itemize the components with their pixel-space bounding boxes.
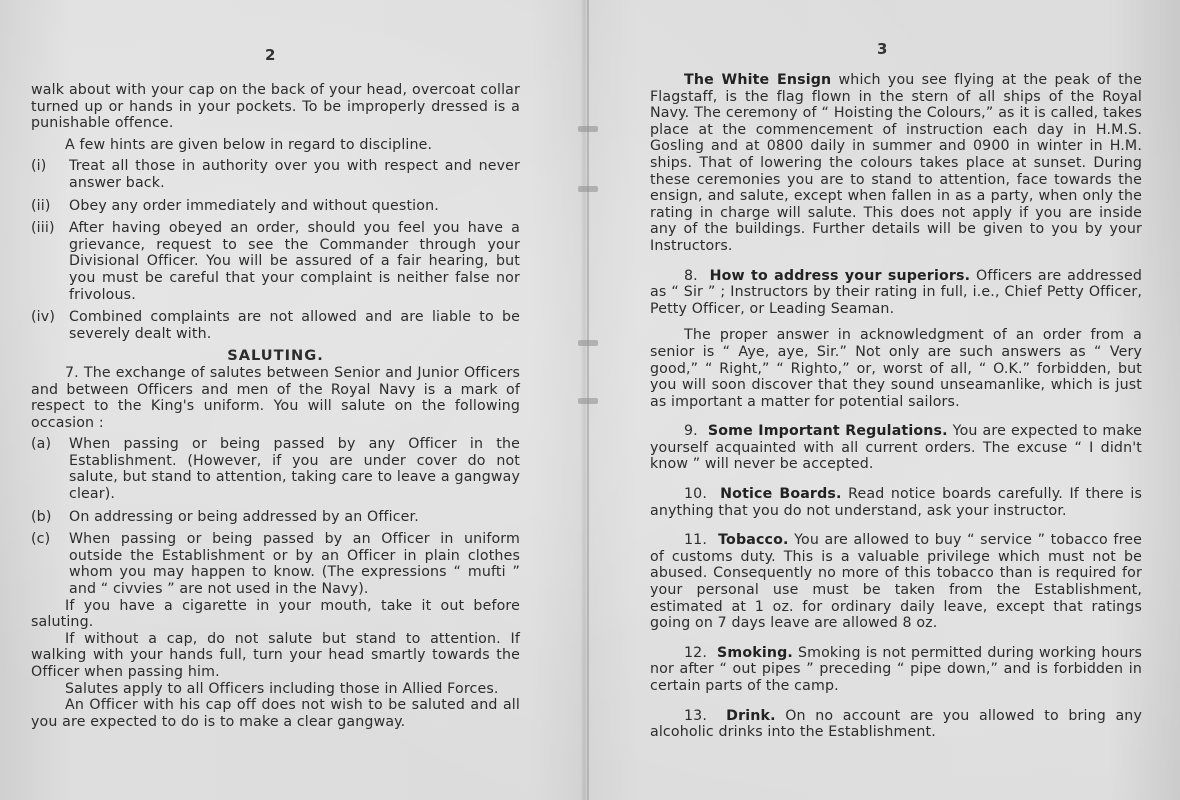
section-tobacco: 11. Tobacco. You are allowed to buy “ se… [650, 532, 1142, 632]
hint-item: (iii) After having obeyed an order, shou… [31, 220, 520, 303]
hint-number: (iv) [31, 309, 69, 342]
intro-paragraph: walk about with your cap on the back of … [31, 82, 520, 132]
section-body: The proper answer in acknowledgment of a… [650, 327, 1142, 409]
hint-item: (ii) Obey any order immediately and with… [31, 198, 520, 215]
hint-item: (i) Treat all those in authority over yo… [31, 158, 520, 191]
section-title: The White Ensign [684, 72, 831, 88]
section-number: 13. [684, 708, 707, 724]
section-smoking: 12. Smoking. Smoking is not permitted du… [650, 645, 1142, 695]
hint-item: (iv) Combined complaints are not allowed… [31, 309, 520, 342]
hint-number: (iii) [31, 220, 69, 303]
hint-text: After having obeyed an order, should you… [69, 220, 520, 303]
occasion-item: (c) When passing or being passed by an O… [31, 531, 520, 597]
section-address-superiors: 8. How to address your superiors. Office… [650, 268, 1142, 318]
section-notice-boards: 10. Notice Boards. Read notice boards ca… [650, 486, 1142, 519]
section-title: Notice Boards. [720, 486, 841, 502]
occasion-text: When passing or being passed by any Offi… [69, 436, 520, 502]
hint-number: (i) [31, 158, 69, 191]
occasion-letter: (b) [31, 509, 69, 526]
cap-off-paragraph: An Officer with his cap off does not wis… [31, 697, 520, 730]
section-regulations: 9. Some Important Regulations. You are e… [650, 423, 1142, 473]
hint-number: (ii) [31, 198, 69, 215]
section-drink: 13. Drink. On no account are you allowed… [650, 708, 1142, 741]
allied-paragraph: Salutes apply to all Officers including … [31, 681, 520, 698]
section-title: Drink. [726, 708, 775, 724]
section-title: How to address your superiors. [710, 268, 971, 284]
right-page-text: The White Ensign which you see flying at… [650, 72, 1142, 754]
occasion-item: (a) When passing or being passed by any … [31, 436, 520, 502]
section-body: which you see flying at the peak of the … [650, 72, 1142, 254]
hint-text: Treat all those in authority over you wi… [69, 158, 520, 191]
section-proper-answer: The proper answer in acknowledgment of a… [650, 327, 1142, 410]
section-white-ensign: The White Ensign which you see flying at… [650, 72, 1142, 255]
left-page-text: walk about with your cap on the back of … [31, 82, 520, 735]
occasion-text: On addressing or being addressed by an O… [69, 509, 520, 526]
occasion-item: (b) On addressing or being addressed by … [31, 509, 520, 526]
occasion-text: When passing or being passed by an Offic… [69, 531, 520, 597]
section-title: Some Important Regulations. [708, 423, 948, 439]
section-number: 10. [684, 486, 707, 502]
section-title: Smoking. [717, 645, 793, 661]
left-page: 2 walk about with your cap on the back o… [0, 0, 585, 800]
section-number: 8. [684, 268, 698, 284]
section-number: 12. [684, 645, 707, 661]
hints-intro: A few hints are given below in regard to… [31, 137, 520, 154]
section-number: 9. [684, 423, 698, 439]
without-cap-paragraph: If without a cap, do not salute but stan… [31, 631, 520, 681]
hint-text: Obey any order immediately and without q… [69, 198, 520, 215]
occasion-letter: (a) [31, 436, 69, 502]
page-number: 2 [265, 46, 275, 64]
cigarette-paragraph: If you have a cigarette in your mouth, t… [31, 598, 520, 631]
right-page: 3 The White Ensign which you see flying … [592, 0, 1180, 800]
occasion-letter: (c) [31, 531, 69, 597]
page-number: 3 [877, 40, 887, 58]
section-number: 11. [684, 532, 707, 548]
hint-text: Combined complaints are not allowed and … [69, 309, 520, 342]
saluting-paragraph: 7. The exchange of salutes between Senio… [31, 365, 520, 431]
section-heading-saluting: SALUTING. [31, 348, 520, 365]
booklet-spread: 2 walk about with your cap on the back o… [0, 0, 1180, 800]
section-body: On no account are you allowed to bring a… [650, 708, 1142, 741]
section-title: Tobacco. [718, 532, 788, 548]
